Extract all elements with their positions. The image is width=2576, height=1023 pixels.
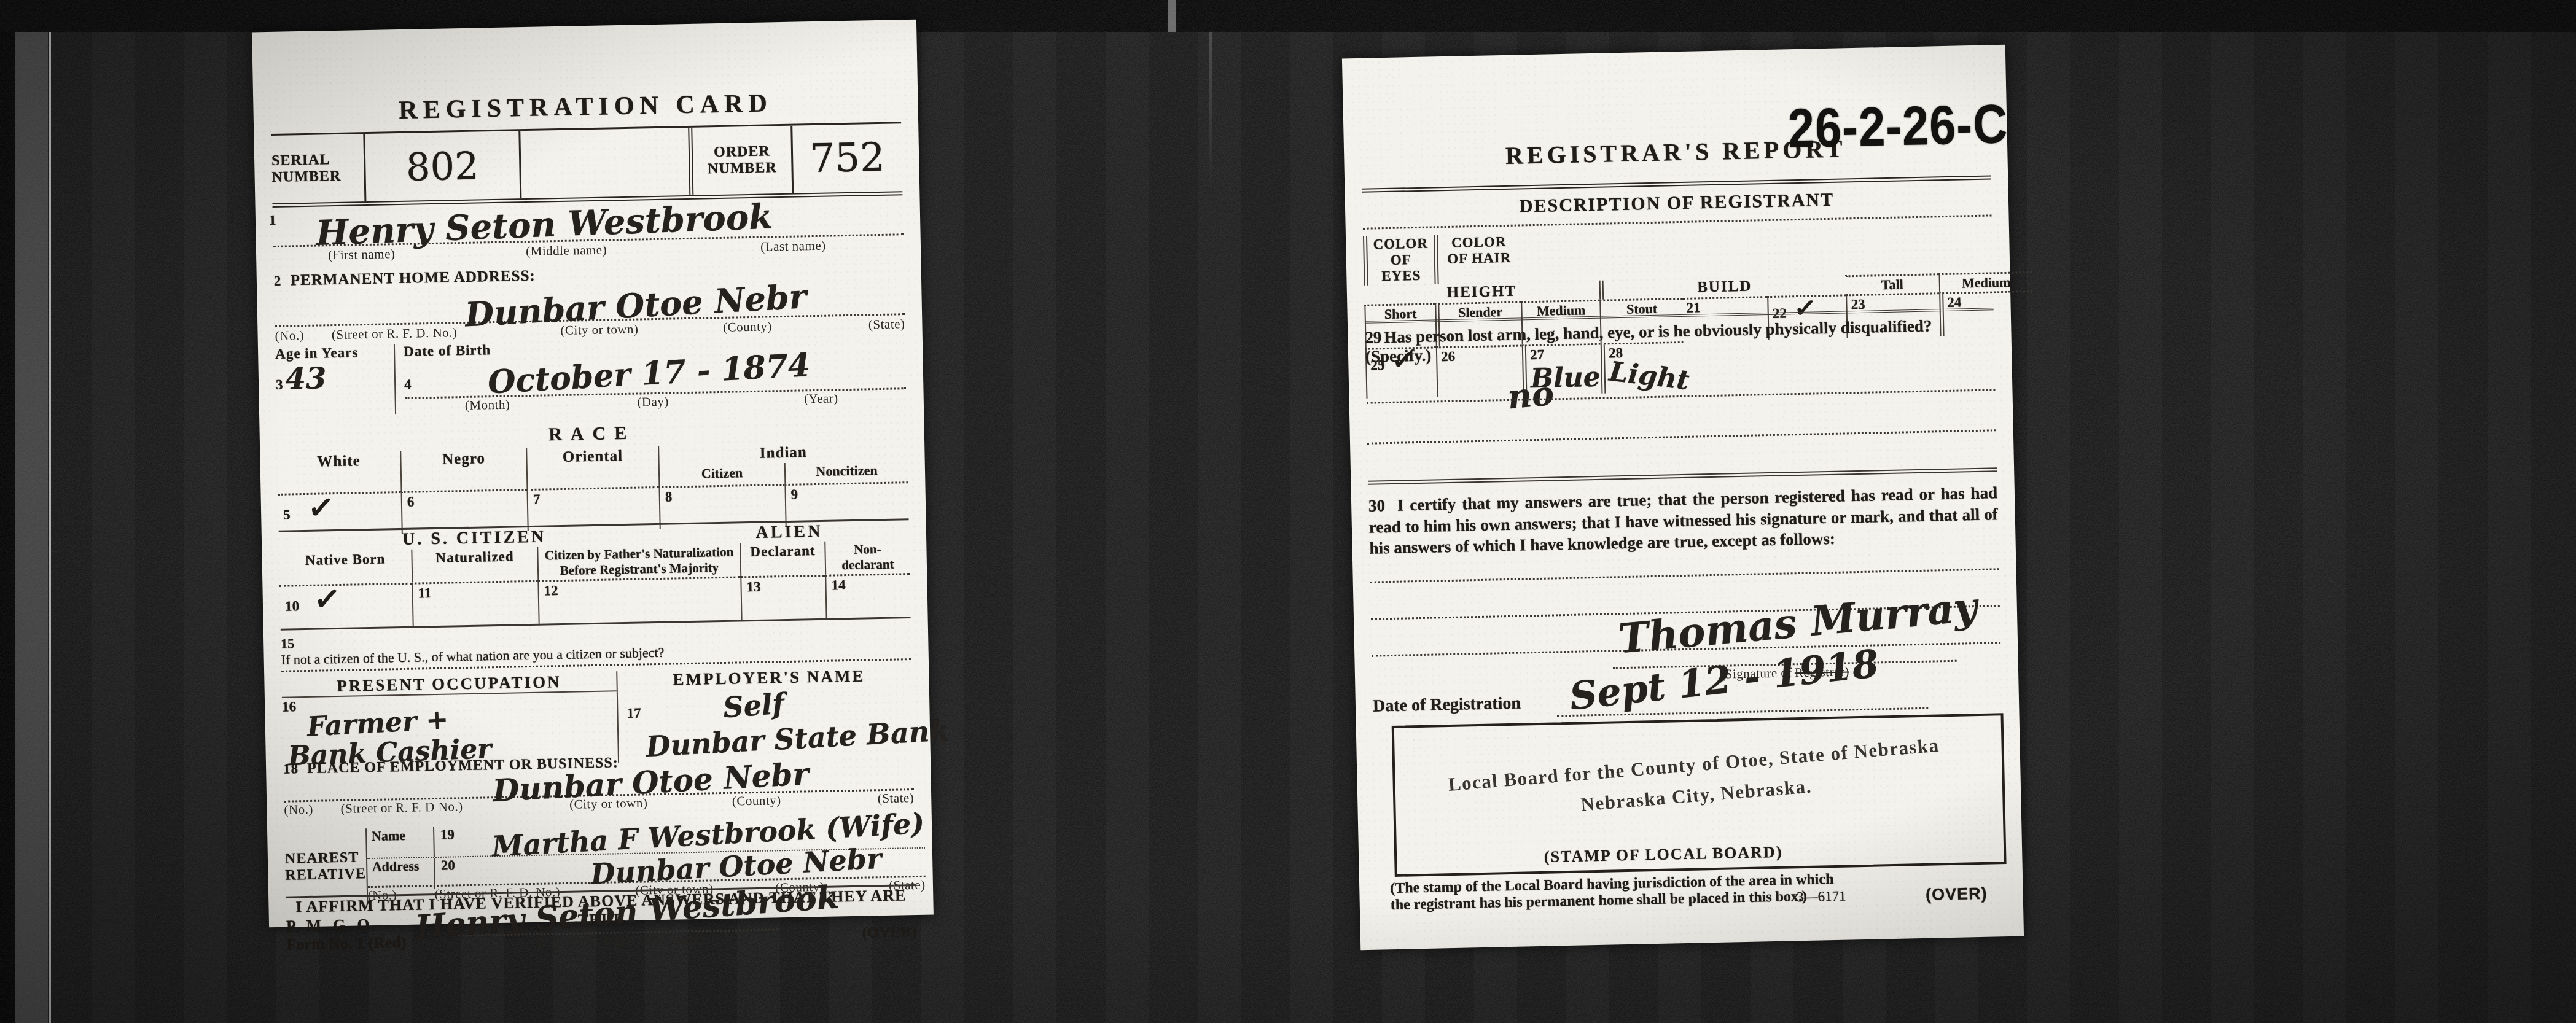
tall-number: 21 — [1686, 300, 1701, 315]
order-number-label: ORDER NUMBER — [692, 126, 794, 195]
age-dob-row: Age in Years 3 43 Date of Birth 4 Octobe… — [275, 334, 907, 417]
front-over-label: (OVER) — [862, 924, 916, 942]
line17-number: 17 — [626, 706, 641, 721]
employer-handwriting-1: Self — [722, 687, 786, 725]
non-declarant-label: Non-declarant — [824, 540, 910, 575]
back-over-label: (OVER) — [1926, 884, 1988, 904]
short-number: 23 — [1851, 297, 1865, 312]
race-oriental-label: Oriental — [526, 446, 658, 468]
blank-line-4 — [1370, 568, 1999, 583]
registrars-report-back: REGISTRAR'S REPORT 26-2-26-C DESCRIPTION… — [1342, 45, 2024, 950]
height-medium-checkmark: ✓ — [1793, 297, 1817, 320]
relative-name-label: Name — [367, 827, 435, 858]
hair-header-line1: COLOR — [1442, 234, 1516, 252]
pmgo-line1: P. M. G. O. — [286, 915, 406, 936]
line20-number: 20 — [441, 857, 456, 888]
citizenship-section: U. S. CITIZEN ALIEN Native Born Naturali… — [279, 518, 911, 631]
q29-number: 29 — [1365, 328, 1382, 347]
race-white-number: 5 — [283, 507, 291, 522]
pmgo-line2: Form No. 1 (Red) — [286, 933, 406, 954]
line1-number: 1 — [269, 212, 276, 228]
name-row: 1 Henry Seton Westbrook (First name) (Mi… — [273, 196, 904, 264]
film-top-band — [0, 0, 2576, 32]
home-address-label-text: PERMANENT HOME ADDRESS: — [291, 268, 536, 289]
dob-cell: Date of Birth 4 October 17 - 1874 (Month… — [395, 334, 907, 414]
non-declarant-number: 14 — [831, 577, 845, 593]
sublabel-no: (No.) — [275, 327, 332, 344]
race-spacer — [400, 468, 527, 491]
sublabel-last-name: (Last name) — [683, 236, 904, 256]
sublabel-month: (Month) — [405, 396, 571, 414]
citizen-by-father-cell: 12 — [537, 576, 741, 623]
date-reg-label: Date of Registration — [1373, 694, 1521, 716]
line2-number: 2 — [274, 273, 282, 289]
sublabel-day: (Day) — [570, 393, 736, 411]
serial-blank-space — [520, 128, 689, 198]
native-born-cell: 10 ✓ — [279, 583, 412, 629]
race-section: RACE White Negro Oriental Indian Citizen… — [277, 418, 909, 536]
race-oriental-number: 7 — [533, 492, 541, 507]
description-header: DESCRIPTION OF REGISTRANT — [1362, 186, 1991, 220]
race-spacer — [526, 465, 659, 489]
nationality-question-row: 15 If not a citizen of the U. S., of wha… — [281, 624, 911, 672]
tall-label: Tall — [1845, 273, 1939, 294]
race-white-label: White — [277, 451, 400, 473]
naturalized-cell: 11 — [412, 580, 538, 626]
date-of-registration-row: Date of Registration Sept 12 - 1918 — [1373, 683, 2002, 716]
declarant-number: 13 — [746, 579, 760, 594]
blank-line-3 — [1368, 467, 1997, 484]
nearest-label-line2: RELATIVE — [285, 866, 366, 884]
race-indian-citizen-number: 8 — [665, 489, 673, 505]
line4-number: 4 — [404, 377, 412, 392]
blank-line-2 — [1367, 429, 1996, 444]
line3-number: 3 — [276, 377, 283, 392]
eyes-header-line2: OF EYES — [1372, 252, 1431, 285]
slender-number: 24 — [1947, 294, 1962, 309]
employer-col: EMPLOYER'S NAME 17 Self Dunbar State Ban… — [616, 666, 913, 763]
age-label: Age in Years — [275, 344, 389, 362]
native-born-number: 10 — [285, 598, 299, 613]
q30-number: 30 — [1368, 496, 1386, 515]
sublabel-year: (Year) — [736, 389, 907, 408]
line18-number: 18 — [283, 761, 299, 776]
height-medium-label: Medium — [1938, 271, 2032, 292]
form-code: 3—6171 — [1797, 889, 1846, 906]
line19-number: 19 — [440, 827, 455, 856]
naturalized-label: Naturalized — [411, 547, 537, 583]
relative-address-label: Address — [367, 858, 435, 890]
order-label-line2: NUMBER — [693, 160, 791, 178]
local-board-stamp-box: Local Board for the County of Otoe, Stat… — [1392, 713, 2007, 877]
non-declarant-cell: 14 — [825, 573, 910, 618]
film-edge-black — [0, 0, 15, 1023]
order-label-line1: ORDER — [693, 143, 791, 161]
declarant-cell: 13 — [740, 575, 825, 620]
race-indian-noncitizen-label: Noncitizen — [784, 461, 908, 484]
citizen-by-father-number: 12 — [544, 583, 558, 598]
occupation-col: PRESENT OCCUPATION 16 Farmer + Bank Cash… — [281, 671, 618, 769]
film-scratch-line — [1209, 32, 1212, 192]
hair-handwriting: Light — [1607, 356, 1691, 397]
age-cell: Age in Years 3 43 — [275, 344, 396, 417]
employer-value-wrap: 17 Self Dunbar State Bank — [626, 685, 913, 759]
registration-card-front: REGISTRATION CARD SERIAL NUMBER 802 ORDE… — [252, 20, 934, 928]
native-born-label: Native Born — [279, 550, 412, 585]
film-edge-strip — [15, 0, 48, 1023]
serial-label-line1: SERIAL — [271, 151, 364, 169]
order-number-box: ORDER NUMBER 752 — [688, 123, 902, 195]
line16-number: 16 — [282, 699, 296, 714]
home-address-row: 2 PERMANENT HOME ADDRESS: Dunbar Otoe Ne… — [274, 260, 905, 344]
eyes-header-line1: COLOR — [1371, 236, 1430, 253]
serial-label-line2: NUMBER — [271, 168, 364, 186]
serial-number-value: 802 — [365, 131, 521, 201]
race-negro-number: 6 — [407, 494, 415, 510]
declarant-label: Declarant — [740, 542, 825, 577]
local-board-stamp: Local Board for the County of Otoe, Stat… — [1381, 729, 2010, 832]
race-spacer — [278, 470, 401, 494]
sublabel-state: (State) — [810, 316, 905, 333]
hair-header-line2: OF HAIR — [1442, 250, 1517, 268]
nearest-relative-label: NEAREST RELATIVE — [284, 828, 368, 905]
naturalized-number: 11 — [418, 585, 431, 601]
employment-place-row: 18 PLACE OF EMPLOYMENT OR BUSINESS: Dunb… — [283, 749, 915, 818]
question-30: 30 I certify that my answers are true; t… — [1368, 482, 1999, 559]
age-handwriting: 43 — [285, 361, 327, 396]
citizen-by-father-label: Citizen by Father's Naturalization Befor… — [537, 543, 740, 580]
race-indian-noncitizen-number: 9 — [790, 487, 798, 502]
sublabel-state: (State) — [819, 790, 914, 807]
home-address-label: 2 PERMANENT HOME ADDRESS: — [274, 268, 536, 289]
q30-text: I certify that my answers are true; that… — [1369, 483, 1998, 558]
nearest-label-line1: NEAREST — [285, 849, 366, 868]
serial-number-label: SERIAL NUMBER — [271, 134, 366, 203]
film-sprocket-line — [49, 0, 51, 1023]
stamp-box-caption: (STAMP OF LOCAL BOARD) — [1397, 840, 1930, 869]
q29-answer-handwriting: no — [1506, 373, 1556, 417]
eyes-header: COLOR OF EYES — [1363, 235, 1435, 285]
order-number-value: 752 — [792, 123, 902, 193]
race-negro-label: Negro — [400, 448, 526, 470]
sublabel-no: (No.) — [284, 801, 341, 818]
citizenship-table: Native Born Naturalized Citizen by Fathe… — [279, 540, 910, 629]
front-title: REGISTRATION CARD — [270, 86, 901, 128]
hair-header: COLOR OF HAIR — [1434, 233, 1521, 284]
race-indian-citizen-label: Citizen — [658, 463, 785, 486]
film-frame-notch — [1168, 0, 1176, 32]
race-white-checkmark: ✓ — [306, 495, 335, 523]
native-born-checkmark: ✓ — [313, 586, 342, 614]
age-value-wrap: 3 43 — [275, 360, 389, 397]
microfilm-scan: REGISTRATION CARD SERIAL NUMBER 802 ORDE… — [0, 0, 2576, 1023]
pmgo-block: P. M. G. O. Form No. 1 (Red) — [286, 915, 407, 954]
serial-stamp-code: 26-2-26-C — [1787, 93, 2008, 160]
